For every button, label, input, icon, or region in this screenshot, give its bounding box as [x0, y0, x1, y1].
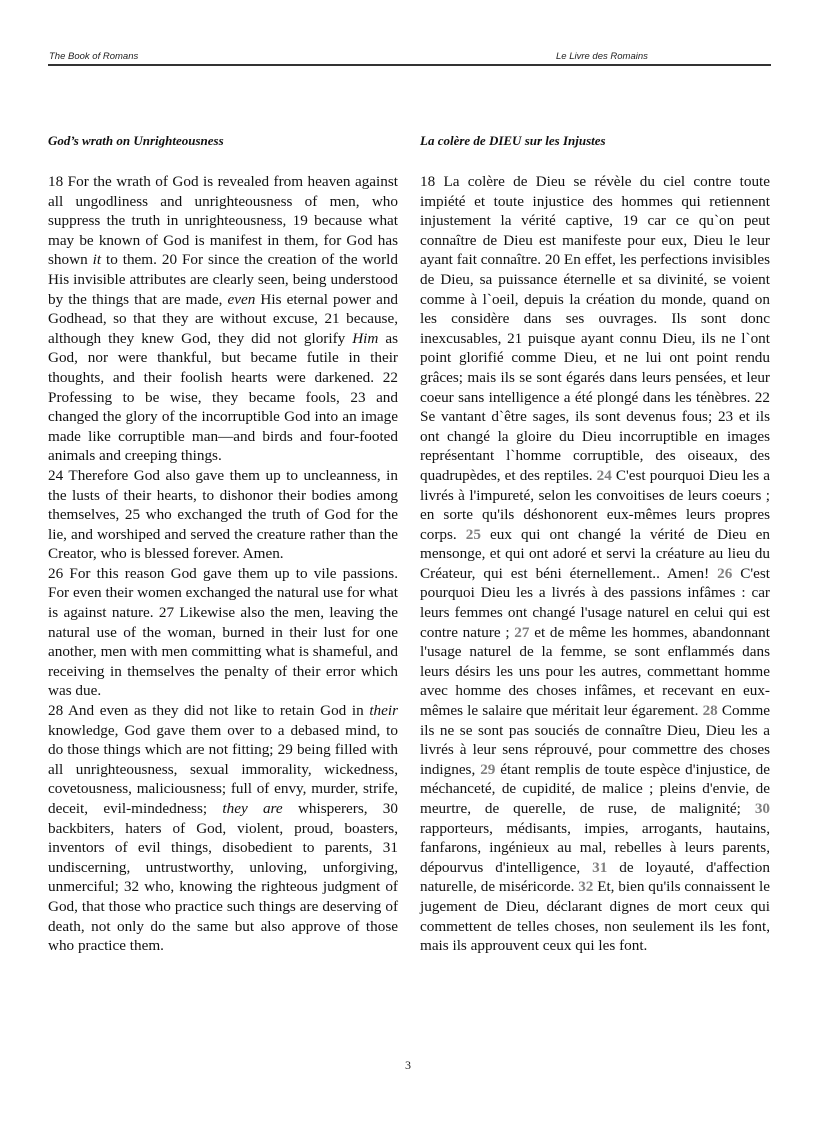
english-column: God’s wrath on Unrighteousness 18 For th…: [48, 133, 398, 956]
paragraph: 18 La colère de Dieu se révèle du ciel c…: [420, 172, 770, 956]
verse-number: 28: [703, 702, 718, 719]
paragraph: 24 Therefore God also gave them up to un…: [48, 466, 398, 564]
section-heading-french: La colère de DIEU sur les Injustes: [420, 133, 770, 151]
verse-number: 30: [755, 800, 770, 817]
verse-number: 24: [597, 467, 612, 484]
italic-text: even: [227, 291, 255, 308]
paragraph: 28 And even as they did not like to reta…: [48, 701, 398, 956]
french-body: 18 La colère de Dieu se révèle du ciel c…: [420, 172, 770, 956]
paragraph: 26 For this reason God gave them up to v…: [48, 564, 398, 701]
italic-text: it: [93, 251, 101, 268]
english-body: 18 For the wrath of God is revealed from…: [48, 172, 398, 956]
verse-number: 26: [717, 565, 732, 582]
section-heading-english: God’s wrath on Unrighteousness: [48, 133, 398, 151]
verse-number: 27: [514, 624, 529, 641]
french-column: La colère de DIEU sur les Injustes 18 La…: [420, 133, 770, 956]
header-title-french: Le Livre des Romains: [556, 51, 648, 62]
italic-text: Him: [352, 330, 378, 347]
header-title-english: The Book of Romans: [49, 51, 138, 62]
header-divider: [48, 64, 771, 66]
verse-number: 29: [480, 761, 495, 778]
italic-text: their: [369, 702, 398, 719]
verse-number: 32: [578, 878, 593, 895]
verse-number: 31: [592, 859, 607, 876]
italic-text: they are: [222, 800, 282, 817]
page-number: 3: [0, 1058, 816, 1073]
running-header: The Book of Romans Le Livre des Romains: [48, 51, 771, 65]
paragraph: 18 For the wrath of God is revealed from…: [48, 172, 398, 466]
verse-number: 25: [466, 526, 481, 543]
